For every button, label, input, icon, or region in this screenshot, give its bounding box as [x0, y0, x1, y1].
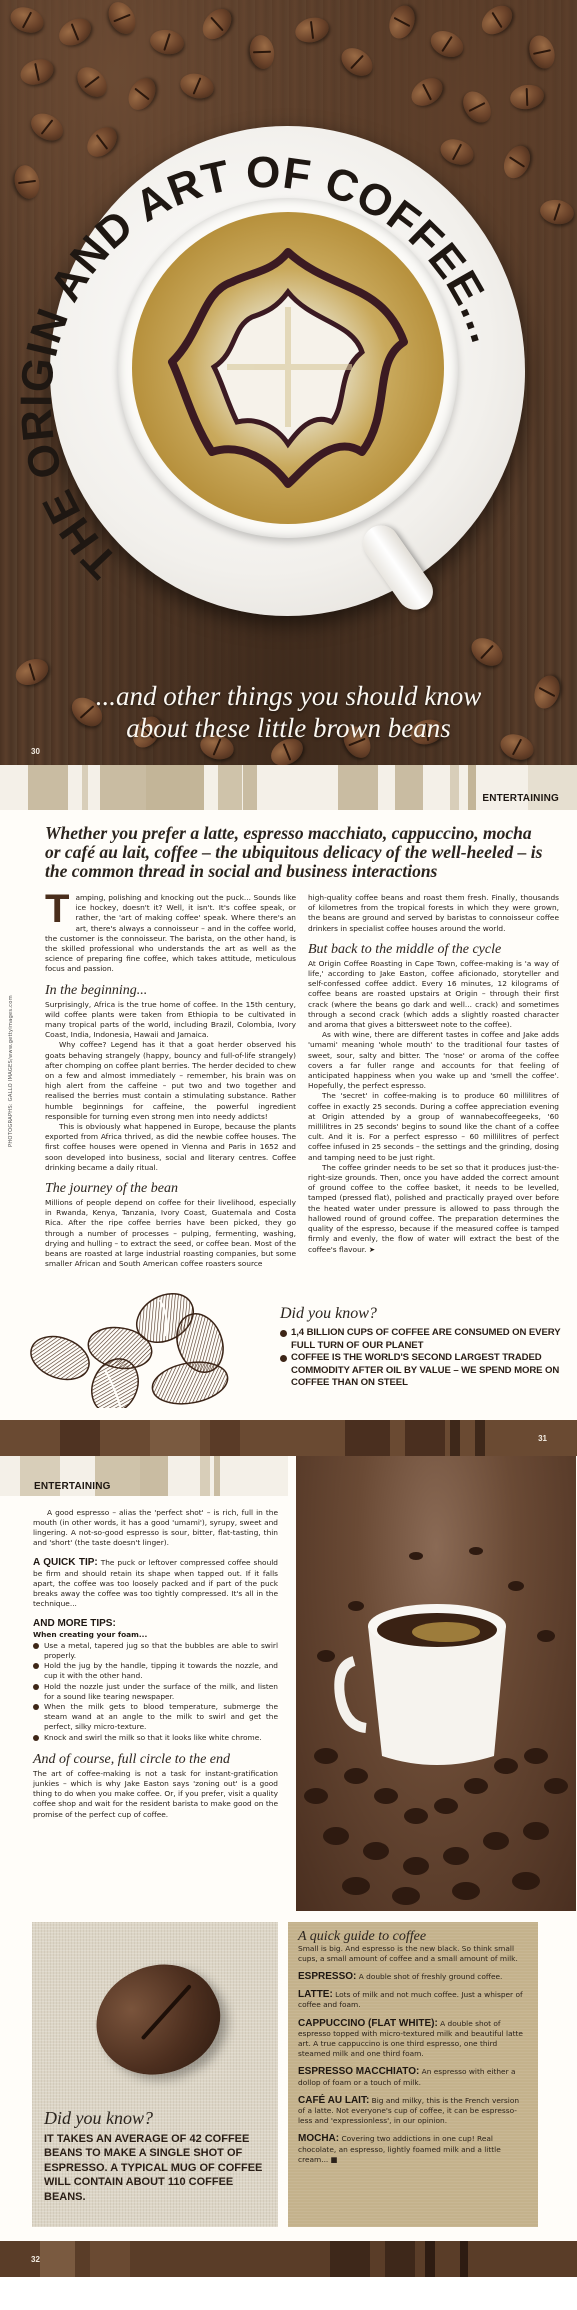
guide-item-mocha: MOCHA: Covering two addictions in one cu…: [298, 2134, 528, 2165]
section-heading-end: And of course, full circle to the end: [33, 1752, 278, 1767]
guide-item-cappuccino: CAPPUCCINO (FLAT WHITE): A double shot o…: [298, 2019, 528, 2060]
more-tips-label: AND MORE TIPS:: [33, 1619, 278, 1629]
tip-item: Use a metal, tapered jug so that the bub…: [33, 1641, 278, 1661]
cover-subtitle-line-1: ...and other things you should know: [0, 680, 577, 712]
did-you-know-title: Did you know?: [280, 1305, 567, 1323]
facts-list: 1,4 BILLION CUPS OF COFFEE ARE CONSUMED …: [280, 1327, 567, 1390]
tips-list: Use a metal, tapered jug so that the bub…: [33, 1641, 278, 1743]
section-label: ENTERTAINING: [34, 1481, 111, 1492]
foam-label: When creating your foam...: [33, 1630, 278, 1640]
paragraph: Surprisingly, Africa is the true home of…: [45, 1000, 296, 1041]
photo-column: [288, 1496, 577, 1916]
guide-desc: A double shot of freshly ground coffee.: [359, 1972, 503, 1981]
page-number-31: 31: [538, 1434, 547, 1443]
guide-item-cafe-au-lait: CAFÉ AU LAIT: Big and milky, this is the…: [298, 2096, 528, 2127]
paragraph: As with wine, there are different tastes…: [308, 1030, 559, 1091]
paragraph: Why coffee? Legend has it that a goat he…: [45, 1040, 296, 1122]
left-column: T amping, polishing and knocking out the…: [45, 893, 296, 1270]
guide-term: ESPRESSO:: [298, 1971, 356, 1982]
quick-tip: A QUICK TIP: The puck or leftover compre…: [33, 1558, 278, 1609]
engraved-beans-illustration: [20, 1288, 280, 1408]
guide-term: CAFÉ AU LAIT:: [298, 2095, 369, 2106]
article-columns: T amping, polishing and knocking out the…: [0, 881, 577, 1270]
guide-title: A quick guide to coffee: [298, 1930, 528, 1944]
guide-item-espresso: ESPRESSO: A double shot of freshly groun…: [298, 1972, 528, 1982]
guide-term: MOCHA:: [298, 2133, 339, 2144]
page-32-band: 31: [0, 1420, 577, 1456]
paragraph: At Origin Coffee Roasting in Cape Town, …: [308, 959, 559, 1030]
page-number: 30: [31, 747, 40, 756]
tips-column: A good espresso – alias the 'perfect sho…: [0, 1496, 288, 1916]
guide-term: ESPRESSO MACCHIATO:: [298, 2066, 419, 2077]
page-32-top: A good espresso – alias the 'perfect sho…: [0, 1496, 577, 1916]
lead-text: amping, polishing and knocking out the p…: [45, 893, 296, 973]
article-page: ENTERTAINING PHOTOGRAPHS: GALLO IMAGES/w…: [0, 765, 577, 1420]
paragraph: This is obviously what happened in Europ…: [45, 1122, 296, 1173]
guide-term: LATTE:: [298, 1989, 333, 2000]
quick-tip-label: A QUICK TIP:: [33, 1557, 98, 1568]
page-32-sub-band: ENTERTAINING: [0, 1456, 288, 1496]
did-you-know-box: Did you know? 1,4 BILLION CUPS OF COFFEE…: [0, 1270, 577, 1420]
espresso-photo: [296, 1456, 576, 1911]
did-you-know-title: Did you know?: [44, 2108, 270, 2129]
quick-guide-box: A quick guide to coffee Small is big. An…: [288, 1922, 538, 2227]
header-band: ENTERTAINING: [0, 765, 577, 810]
cover-subtitle-line-2: about these little brown beans: [0, 712, 577, 744]
right-column: high-quality coffee beans and roast them…: [308, 893, 559, 1270]
did-you-know-box-2: Did you know? IT TAKES AN AVERAGE OF 42 …: [44, 2108, 270, 2205]
did-you-know-content: Did you know? 1,4 BILLION CUPS OF COFFEE…: [280, 1305, 567, 1390]
drop-cap: T: [45, 894, 69, 925]
espresso-cup-illustration: [296, 1456, 576, 1911]
section-label: ENTERTAINING: [482, 793, 559, 804]
cover-title: THE ORIGIN AND ART OF COFFEE...: [0, 0, 577, 765]
guide-intro: Small is big. And espresso is the new bl…: [298, 1944, 528, 1964]
paragraph: The 'secret' in coffee-making is to prod…: [308, 1091, 559, 1162]
tip-item: Knock and swirl the milk so that it look…: [33, 1733, 278, 1743]
fact-text: IT TAKES AN AVERAGE OF 42 COFFEE BEANS T…: [44, 2132, 270, 2205]
paragraph: The art of coffee-making is not a task f…: [33, 1769, 278, 1820]
guide-item-latte: LATTE: Lots of milk and not much coffee.…: [298, 1990, 528, 2010]
tip-item: When the milk gets to blood temperature,…: [33, 1702, 278, 1733]
section-heading-journey: The journey of the bean: [45, 1181, 296, 1196]
coffee-bean-icon: [78, 1943, 238, 2097]
single-bean-photo: Did you know? IT TAKES AN AVERAGE OF 42 …: [32, 1922, 278, 2227]
footer-band: 32: [0, 2241, 577, 2277]
tip-item: Hold the jug by the handle, tipping it t…: [33, 1661, 278, 1681]
paragraph: The coffee grinder needs to be set so th…: [308, 1163, 559, 1255]
guide-term: CAPPUCCINO (FLAT WHITE):: [298, 2018, 438, 2029]
cover-page: THE ORIGIN AND ART OF COFFEE... ...and o…: [0, 0, 577, 765]
lead-paragraph: T amping, polishing and knocking out the…: [45, 893, 296, 975]
svg-text:THE ORIGIN AND ART OF COFFEE..: THE ORIGIN AND ART OF COFFEE...: [12, 148, 511, 587]
guide-item-macchiato: ESPRESSO MACCHIATO: An espresso with eit…: [298, 2067, 528, 2087]
tip-item: Hold the nozzle just under the surface o…: [33, 1682, 278, 1702]
fact-item: COFFEE IS THE WORLD'S SECOND LARGEST TRA…: [280, 1352, 567, 1390]
article-intro: Whether you prefer a latte, espresso mac…: [0, 810, 577, 881]
paragraph: Millions of people depend on coffee for …: [45, 1198, 296, 1269]
cover-subtitle: ...and other things you should know abou…: [0, 680, 577, 744]
paragraph: A good espresso – alias the 'perfect sho…: [33, 1508, 278, 1549]
page-32-bottom: Did you know? IT TAKES AN AVERAGE OF 42 …: [0, 1916, 577, 2227]
photo-credit: PHOTOGRAPHS: GALLO IMAGES/www.gettyimage…: [8, 995, 14, 1147]
paragraph: high-quality coffee beans and roast them…: [308, 893, 559, 934]
section-heading-beginning: In the beginning...: [45, 983, 296, 998]
page-number-32: 32: [31, 2255, 40, 2264]
cover-title-text: THE ORIGIN AND ART OF COFFEE...: [12, 148, 511, 587]
section-heading-middle-cycle: But back to the middle of the cycle: [308, 942, 559, 957]
fact-item: 1,4 BILLION CUPS OF COFFEE ARE CONSUMED …: [280, 1327, 567, 1352]
page-32: 31 ENTERTAINING A good espresso – alias …: [0, 1420, 577, 2277]
